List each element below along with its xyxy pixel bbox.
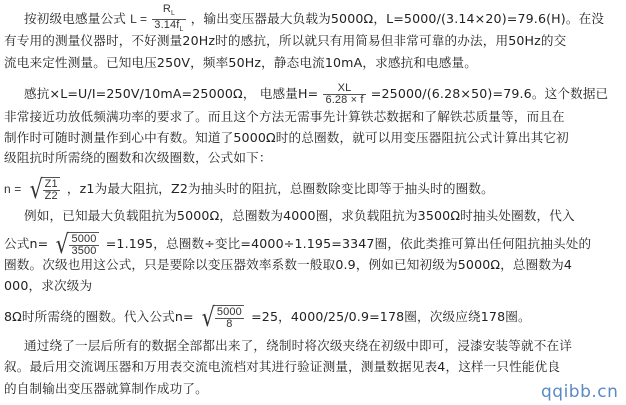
formula-frac: Z1 Z2 — [43, 177, 60, 202]
paragraph-3-line-1: n = √ Z1 Z2 ，z1为最大阻抗，Z2为抽头时的阻抗，总圈数除变比即等于… — [4, 177, 494, 202]
formula-num: 5000 — [215, 307, 244, 318]
paragraph-4-line-5: 8Ω时所需绕的圈数。代入公式n= √ 5000 8 =25，4000/25/0.… — [4, 305, 531, 330]
text: 公式n= — [4, 236, 48, 251]
sqrt-icon: √ — [56, 230, 69, 260]
formula-den: 3.14f — [154, 19, 179, 31]
formula-den: 6.28 × f — [323, 94, 365, 106]
formula-sqrt-2: √ 5000 8 — [200, 305, 245, 330]
text: =1.195，总圈数÷变比=4000÷1.195=3347圈，依此类推可算出任何… — [106, 236, 592, 251]
paragraph-5-line-1: 通过绕了一层后所有的数据全部都出来了，绕制时将次级夹绕在初级中即可，浸漆安装等就… — [24, 338, 572, 354]
paragraph-2-line-4: 级阻抗时所需绕的圈数和次级圈数，公式如下： — [4, 150, 272, 166]
document-body: 按初级电感量公式 L = RL 3.14fL ，输出变压器最大负载为5000Ω，… — [0, 0, 626, 405]
text: 按初级电感量公式 — [24, 11, 126, 26]
text: ，输出变压器最大负载为5000Ω，L=5000/(3.14×20)=79.6(H… — [191, 11, 604, 26]
text: =25000/(6.28×50)=79.6。这个数据已 — [371, 86, 609, 101]
formula-den: 8 — [215, 318, 244, 330]
formula-sqrt-z: √ Z1 Z2 — [28, 177, 61, 202]
text: =25，4000/25/0.9=178圈，次级应绕178圈。 — [251, 309, 531, 324]
paragraph-2-line-1: 感抗×L=U/I=250V/10mA=25000Ω， 电感量H= XL 6.28… — [24, 83, 608, 106]
paragraph-1-line-1: 按初级电感量公式 L = RL 3.14fL ，输出变压器最大负载为5000Ω，… — [24, 4, 604, 35]
formula-den: Z2 — [43, 190, 60, 202]
text: 8Ω时所需绕的圈数。代入公式n= — [4, 309, 194, 324]
formula-frac: 5000 8 — [215, 305, 244, 330]
formula-num: Z1 — [43, 179, 60, 190]
paragraph-4-line-4: 000，求次级为 — [4, 278, 92, 294]
formula-num: R — [163, 3, 171, 15]
formula-den: 3500 — [69, 245, 98, 257]
formula-num: 5000 — [69, 234, 98, 245]
text: ，z1为最大阻抗，Z2为抽头时的阻抗，总圈数除变比即等于抽头时的圈数。 — [67, 181, 494, 196]
paragraph-2-line-3: 制作时可随时测量作到心中有数。知道了5000Ω时的总圈数，就可以用变压器阻抗公式… — [4, 130, 569, 146]
text: 感抗×L=U/I=250V/10mA=25000Ω， 电感量H= — [24, 86, 318, 101]
formula-inductance: RL 3.14fL — [152, 4, 185, 35]
formula-num: XL — [323, 83, 365, 94]
formula-sqrt-1: √ 5000 3500 — [54, 232, 99, 257]
sqrt-icon: √ — [202, 303, 215, 333]
watermark-logo: qqibb.cn — [541, 382, 618, 402]
paragraph-4-line-2: 公式n= √ 5000 3500 =1.195，总圈数÷变比=4000÷1.19… — [4, 232, 591, 257]
formula-frac: 5000 3500 — [69, 232, 98, 257]
formula-henry: XL 6.28 × f — [323, 83, 365, 106]
formula-n-lhs: n = — [4, 182, 21, 196]
formula-num-sub: L — [171, 10, 175, 17]
paragraph-1-line-2: 有专用的测量仪器时，不好测量20Hz时的感抗，所以就只有用简易但非常可靠的办法，… — [4, 33, 566, 49]
formula-l-lhs: L = — [130, 12, 147, 26]
paragraph-1-line-3: 流电来定性测量。已知电压250V，频率50Hz，静态电流10mA，求感抗和电感量… — [4, 55, 477, 71]
paragraph-5-line-2: 叙。最后用交流调压器和万用表交流电流档对其进行验证测量，测量数据见表4，这样一只… — [4, 359, 560, 375]
paragraph-4-line-1: 例如，已知最大负载阻抗为5000Ω，总圈数为4000圈，求负载阻抗为3500Ω时… — [24, 208, 575, 224]
paragraph-2-line-2: 非常接近功放低频满功率的要求了。而且这个方法无需事先计算铁芯数据和了解铁芯质量等… — [4, 109, 565, 125]
paragraph-5-line-3: 的自制输出变压器就算制作成功了。 — [4, 381, 208, 397]
sqrt-icon: √ — [29, 175, 42, 205]
paragraph-4-line-3: 圈数。次级也用这公式，只是要除以变压器效率系数一般取0.9，例如已知初级为500… — [4, 257, 572, 273]
